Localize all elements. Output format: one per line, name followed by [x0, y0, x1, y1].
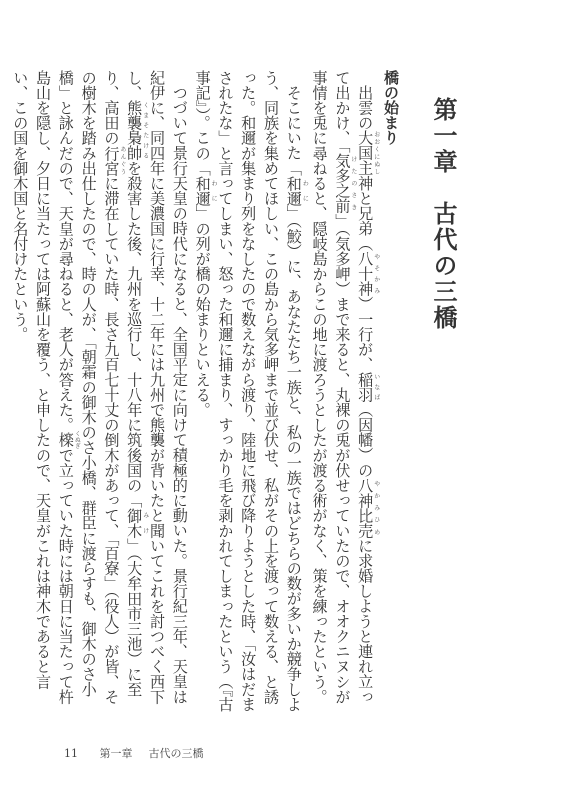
ruby-annotated-word: 行宮あんぐう — [102, 146, 120, 176]
ruby-reading: けたのさき — [350, 153, 357, 213]
ruby-annotated-word: 稲羽いなば — [356, 372, 374, 402]
ruby-reading: くぬぎ — [73, 431, 80, 449]
ruby-annotated-word: 八十神やそかみ — [356, 251, 374, 296]
ruby-annotated-word: 御木みけ — [125, 508, 143, 538]
footer-chapter-title: 古代の三橋 — [149, 747, 204, 760]
ruby-reading: やかみひめ — [373, 478, 380, 538]
ruby-reading: あんぐう — [119, 146, 126, 176]
page-number: 11 — [64, 747, 78, 760]
ruby-reading: やそかみ — [373, 251, 380, 296]
ruby-annotated-word: 和邇わに — [194, 176, 212, 206]
ruby-annotated-word: 八神比売やかみひめ — [356, 478, 374, 538]
chapter-number: 第一章 — [429, 97, 458, 175]
chapter-title: 第一章 古代の三橋 — [428, 97, 458, 331]
ruby-annotated-word: 檪くぬぎ — [57, 432, 75, 447]
chapter-title-gap — [429, 175, 458, 201]
ruby-reading: いなば — [373, 372, 380, 402]
footer-chapter-number: 第一章 — [100, 747, 133, 760]
ruby-annotated-word: 気多之前けたのさき — [333, 153, 351, 213]
page-footer: 11 第一章古代の三橋 — [64, 745, 204, 761]
ruby-reading: くまそたける — [142, 100, 149, 160]
paragraph: 出雲の大国主おおくにぬし神と兄弟（八十神やそかみ）一行が、稲羽いなば（因幡）の八… — [308, 70, 379, 718]
ruby-annotated-word: 和邇わに — [285, 176, 303, 206]
ruby-annotated-word: 熊襲梟帥くまそたける — [125, 100, 143, 160]
ruby-annotated-word: 大国主おおくにぬし — [356, 130, 374, 175]
section-heading: 橋の始まり — [379, 70, 402, 718]
chapter-title-text: 古代の三橋 — [429, 201, 458, 331]
paragraph: そこにいた「和邇わに」（鮫）に、あなたたち一族と、私の一族ではどちらの数が多いか… — [191, 70, 308, 718]
ruby-reading: おおくにぬし — [373, 130, 380, 175]
ruby-reading: わに — [301, 176, 308, 206]
ruby-reading: みけ — [142, 508, 149, 538]
paragraph: つづいて景行天皇の時代になると、全国平定に向けて積極的に動いた。景行紀三年、天皇… — [8, 70, 190, 718]
body-text: 橋の始まり 出雲の大国主おおくにぬし神と兄弟（八十神やそかみ）一行が、稲羽いなば… — [8, 70, 402, 718]
ruby-reading: わに — [210, 176, 217, 206]
